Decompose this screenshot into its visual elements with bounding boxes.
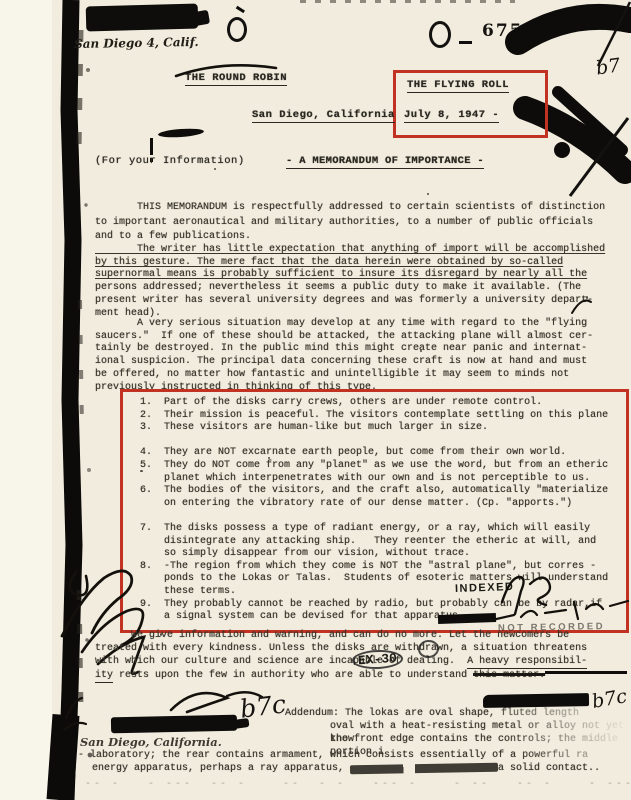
hook-mark xyxy=(568,294,596,318)
typed-line xyxy=(128,435,608,448)
typed-line: persons addressed; nevertheless it seems… xyxy=(95,282,605,295)
redaction-bar-bottom-left-tail xyxy=(232,718,249,729)
typed-line: tainly be destroyed. In the public mind … xyxy=(95,343,593,356)
ink-smear xyxy=(158,127,204,138)
typed-line: 5. They do NOT come from any "planet" as… xyxy=(128,460,608,473)
typed-line: 4. They are NOT excarnate earth people, … xyxy=(128,447,608,460)
typed-line: 7. The disks possess a type of radiant e… xyxy=(128,523,608,536)
district-stamp-top: San Diego 4, Calif. xyxy=(74,35,199,51)
exemption-note-b7: b7 xyxy=(595,54,622,79)
typed-line: THIS MEMORANDUM is respectfully addresse… xyxy=(95,201,605,216)
handwritten-serial xyxy=(488,570,631,628)
typed-line: be offered, no matter how fantastic and … xyxy=(95,369,593,382)
typed-line: 1. Part of the disks carry crews, others… xyxy=(128,397,608,410)
paragraph-2: The writer has little expectation that a… xyxy=(95,244,605,320)
typed-line: The writer has little expectation that a… xyxy=(95,244,605,257)
not-recorded-stamp: NOT RECORDED xyxy=(498,621,605,634)
district-stamp-bottom: San Diego, California. xyxy=(80,735,222,749)
scan-edge-artifact xyxy=(0,0,110,800)
redaction-bar-bottom-right xyxy=(483,693,589,708)
paper-speckle xyxy=(214,168,216,170)
typed-line: so simply disappear from our vision, wit… xyxy=(128,548,608,561)
typed-line: 2. Their mission is peaceful. The visito… xyxy=(128,410,608,423)
closing-line-4: ity rests upon the few in authority who … xyxy=(95,669,587,682)
paper-speckle xyxy=(586,296,588,299)
memo-heading: - A MEMORANDUM OF IMPORTANCE - xyxy=(286,155,484,169)
for-information-label: (For your Information) xyxy=(95,155,245,167)
typed-line: by this gesture. The mere fact that the … xyxy=(95,257,605,270)
paper-speckle xyxy=(420,350,422,352)
underscore-mark xyxy=(459,41,472,44)
pen-stroke-overlay xyxy=(170,58,285,80)
ink-strike-smudge xyxy=(350,763,498,775)
date-line: July 8, 1947 - xyxy=(404,109,499,123)
ink-drip xyxy=(150,138,153,155)
paragraph-3: A very serious situation may develop at … xyxy=(95,318,593,394)
addendum-line-5: energy apparatus, perhaps a ray apparatu… xyxy=(92,762,600,775)
typed-line: ional suspicion. The principal data conc… xyxy=(95,356,593,369)
typed-line: A very serious situation may develop at … xyxy=(95,318,593,331)
paper-speckle xyxy=(268,457,270,459)
typed-line: 6. The bodies of the visitors, and the c… xyxy=(128,485,608,498)
circle-stamp-1-tick xyxy=(236,6,245,13)
addendum-line-1: Addendum: The lokas are oval shape, flut… xyxy=(285,707,630,720)
paragraph-1: THIS MEMORANDUM is respectfully addresse… xyxy=(95,201,605,245)
typed-line: supernormal means is probably sufficient… xyxy=(95,269,605,282)
typed-line: saucers." If one of these should be atta… xyxy=(95,331,593,344)
closing-line-3: with which our culture and science are i… xyxy=(95,655,587,668)
document-page: San Diego 4, Calif. 6751 b7 THE ROUND RO… xyxy=(0,0,631,800)
typed-line: planet which interpenetrates with our ow… xyxy=(128,473,608,486)
typed-line: and to a few publications. xyxy=(95,230,605,245)
typed-line: 3. These visitors are human-like but muc… xyxy=(128,422,608,435)
typed-line xyxy=(128,510,608,523)
closing-line-2: treated with every kindness. Unless the … xyxy=(95,642,587,655)
typed-line: to important aeronautical and military a… xyxy=(95,216,605,231)
closing-paragraph: We give information and warning, and can… xyxy=(95,629,587,682)
circle-stamp-1 xyxy=(227,17,247,42)
addendum-line-4: - laboratory; the rear contains armament… xyxy=(78,749,628,762)
circle-stamp-2 xyxy=(429,21,451,48)
strike-tail xyxy=(545,671,627,674)
paper-speckle xyxy=(140,470,143,472)
redaction-bar-bottom-left xyxy=(111,715,237,734)
typed-line: on entering the vibratory rate of our de… xyxy=(128,498,608,511)
typed-line: disintegrate any attacking ship. They re… xyxy=(128,536,608,549)
paper-speckle xyxy=(427,193,429,195)
publication-title-boxed: THE FLYING ROLL xyxy=(407,79,509,93)
typed-line: present writer has several university de… xyxy=(95,295,605,308)
footer-dashes: -- - - --- -- - -- - - --- - - -- -- - -… xyxy=(85,779,631,790)
paper-speckle xyxy=(160,633,162,636)
redaction-bar-top-left-tail xyxy=(192,10,210,27)
top-edge-cut-text xyxy=(300,0,515,3)
city-line: San Diego, California xyxy=(252,109,395,123)
redaction-bar-top-left xyxy=(86,4,199,32)
